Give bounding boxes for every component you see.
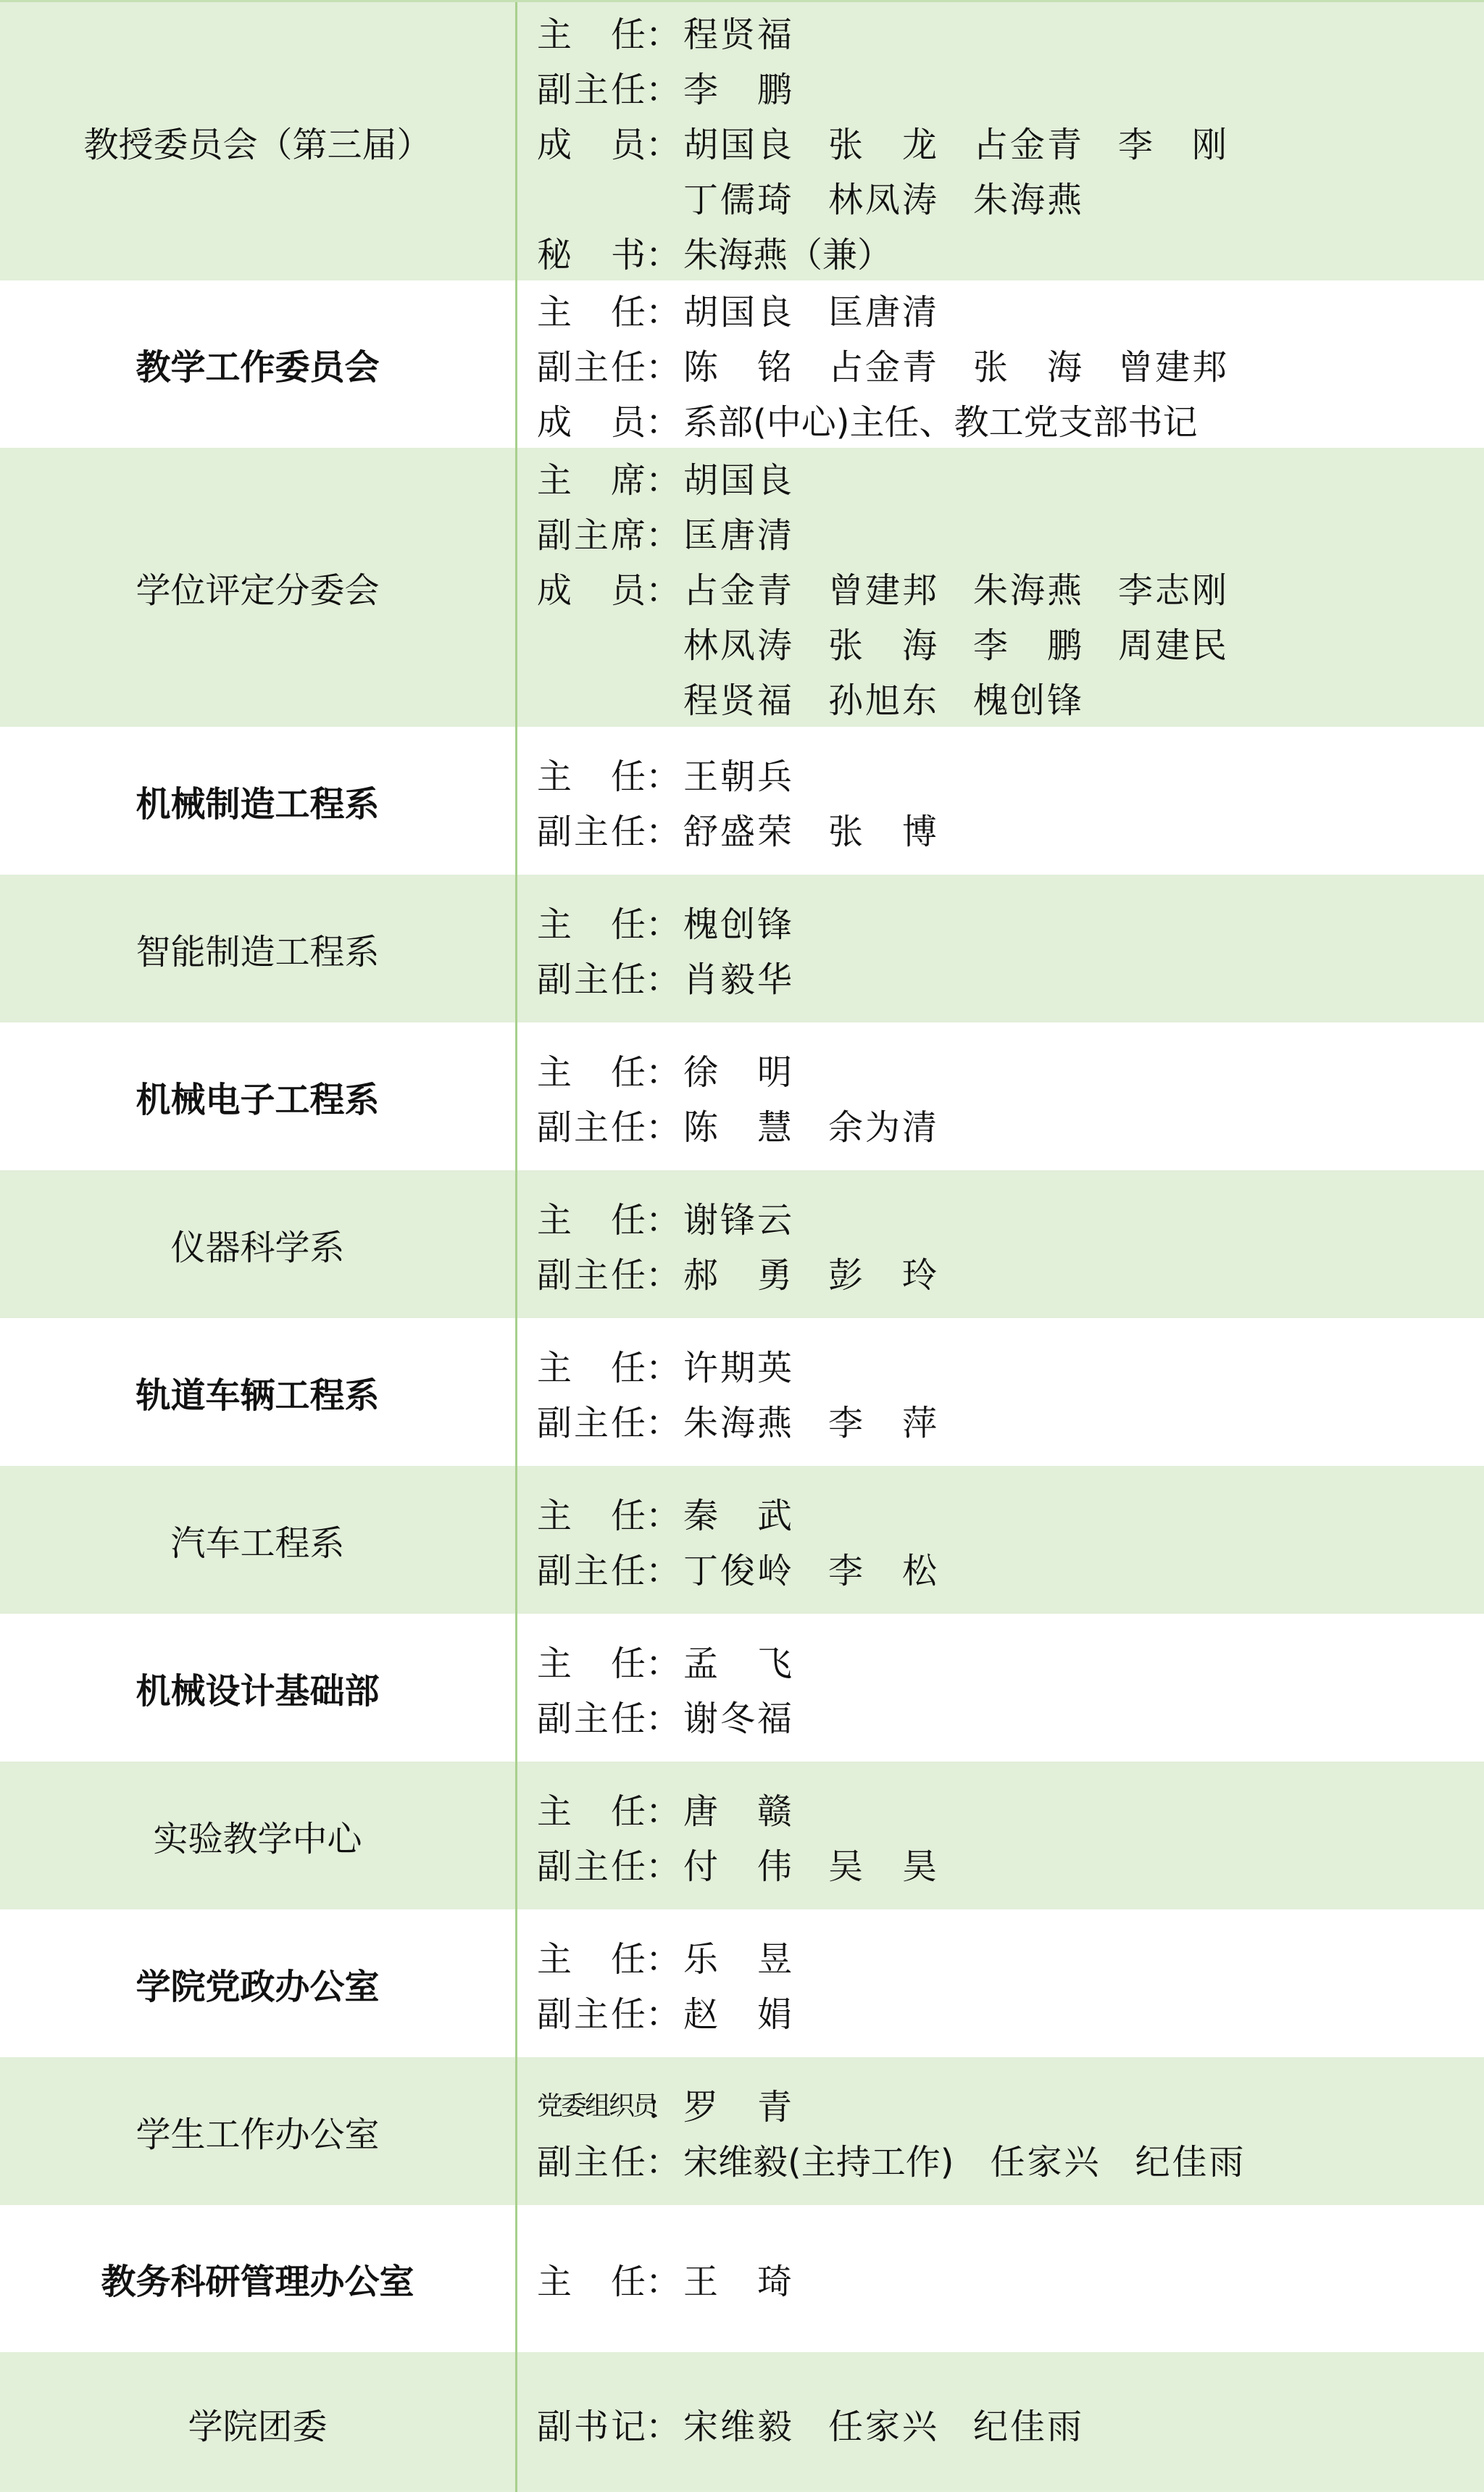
table-row: 仪器科学系主任：谢锋云副主任：郝 勇彭 玲: [0, 1170, 1484, 1318]
role-label: 主任: [537, 2254, 646, 2304]
person-name: 匡唐清: [828, 284, 937, 334]
person-name: 宋维毅(主持工作): [683, 2134, 954, 2184]
role-colon: ：: [646, 452, 683, 502]
table-row: 智能制造工程系主任：槐创锋副主任：肖毅华: [0, 875, 1484, 1022]
role-colon: ：: [646, 1340, 683, 1390]
person-name: 张 博: [828, 804, 937, 854]
member-line: 秘书：朱海燕（兼）: [537, 224, 1484, 279]
person-name: 孙旭东: [828, 672, 937, 722]
role-label: 成员: [537, 117, 646, 167]
members-cell: 主任：孟 飞副主任：谢冬福: [517, 1614, 1484, 1762]
members-cell: 党委组织员：罗 青副主任：宋维毅(主持工作)任家兴纪佳雨: [517, 2057, 1484, 2205]
members-cell: 主任：王朝兵副主任：舒盛荣张 博: [517, 727, 1484, 875]
unit-name: 仪器科学系: [0, 1170, 517, 1318]
names-list: 秦 武: [683, 1488, 828, 1538]
person-name: 朱海燕: [973, 172, 1082, 222]
member-line: 副主任：朱海燕李 萍: [537, 1392, 1484, 1447]
person-name: 张 海: [828, 617, 937, 667]
members-cell: 主任：程贤福副主任：李 鹏成员：胡国良张 龙占金青李 刚丁儒琦林凤涛朱海燕秘书：…: [517, 2, 1484, 280]
member-line: 党委组织员：罗 青: [537, 2076, 1484, 2131]
member-line: 主任：程贤福: [537, 4, 1484, 59]
person-name: 丁俊岭: [683, 1543, 792, 1593]
role-label: 主任: [537, 1635, 646, 1685]
member-line: 副主任：郝 勇彭 玲: [537, 1244, 1484, 1299]
names-list: 徐 明: [683, 1044, 828, 1094]
person-name: 谢冬福: [683, 1691, 792, 1741]
names-list: 付 伟吴 昊: [683, 1838, 973, 1888]
table-row: 教授委员会（第三届）主任：程贤福副主任：李 鹏成员：胡国良张 龙占金青李 刚丁儒…: [0, 2, 1484, 280]
names-list: 匡唐清: [683, 507, 828, 557]
table-row: 教学工作委员会主任：胡国良匡唐清副主任：陈 铭占金青张 海曾建邦成员：系部(中心…: [0, 280, 1484, 448]
role-colon: ：: [646, 394, 683, 444]
names-list: 胡国良: [683, 452, 828, 502]
person-name: 任家兴: [828, 2399, 937, 2449]
role-label: 副主任: [537, 1543, 646, 1593]
person-name: 系部(中心)主任、教工党支部书记: [683, 394, 1197, 444]
unit-name: 教务科研管理办公室: [0, 2205, 517, 2352]
names-list: 乐 昱: [683, 1931, 828, 1981]
role-label: 副主任: [537, 1691, 646, 1741]
role-colon: ：: [646, 1691, 683, 1741]
member-line: 成员：胡国良张 龙占金青李 刚: [537, 114, 1484, 169]
member-line: 主任：王朝兵: [537, 746, 1484, 801]
member-line: 林凤涛张 海李 鹏周建民: [537, 615, 1484, 670]
person-name: 朱海燕: [973, 562, 1082, 612]
person-name: 乐 昱: [683, 1931, 792, 1981]
names-list: 肖毅华: [683, 951, 828, 1001]
role-colon: ：: [646, 62, 683, 112]
organization-table: 教授委员会（第三届）主任：程贤福副主任：李 鹏成员：胡国良张 龙占金青李 刚丁儒…: [0, 0, 1484, 2492]
table-row: 机械设计基础部主任：孟 飞副主任：谢冬福: [0, 1614, 1484, 1762]
role-label: 副主任: [537, 339, 646, 389]
person-name: 曾建邦: [828, 562, 937, 612]
member-line: 副主任：肖毅华: [537, 949, 1484, 1004]
role-label: 主任: [537, 1931, 646, 1981]
member-line: 副主任：丁俊岭李 松: [537, 1540, 1484, 1595]
person-name: 槐创锋: [683, 896, 792, 946]
person-name: 王 琦: [683, 2254, 792, 2304]
role-label: 成员: [537, 394, 646, 444]
unit-name: 学生工作办公室: [0, 2057, 517, 2205]
unit-name: 学院党政办公室: [0, 1909, 517, 2057]
role-colon: ：: [646, 562, 683, 612]
person-name: 槐创锋: [973, 672, 1082, 722]
person-name: 许期英: [683, 1340, 792, 1390]
role-colon: ：: [646, 951, 683, 1001]
person-name: 李志刚: [1118, 562, 1227, 612]
member-line: 主任：孟 飞: [537, 1633, 1484, 1688]
member-line: 成员：系部(中心)主任、教工党支部书记: [537, 392, 1484, 447]
unit-name: 学院团委: [0, 2352, 517, 2492]
names-list: 孟 飞: [683, 1635, 828, 1685]
person-name: 李 松: [828, 1543, 937, 1593]
member-line: 程贤福孙旭东槐创锋: [537, 670, 1484, 725]
member-line: 主任：秦 武: [537, 1485, 1484, 1540]
members-cell: 主任：徐 明副主任：陈 慧余为清: [517, 1022, 1484, 1170]
names-list: 陈 铭占金青张 海曾建邦: [683, 339, 1263, 389]
person-name: 张 龙: [828, 117, 937, 167]
members-cell: 副书记：宋维毅任家兴纪佳雨: [517, 2352, 1484, 2492]
person-name: 宋维毅: [683, 2399, 792, 2449]
role-label: 副主任: [537, 1395, 646, 1445]
person-name: 王朝兵: [683, 749, 792, 799]
role-label: 主任: [537, 1783, 646, 1833]
member-line: 副主任：赵 娟: [537, 1983, 1484, 2038]
table-row: 汽车工程系主任：秦 武副主任：丁俊岭李 松: [0, 1466, 1484, 1614]
names-list: 陈 慧余为清: [683, 1099, 973, 1149]
person-name: 程贤福: [683, 7, 792, 57]
role-colon: ：: [646, 339, 683, 389]
role-colon: ：: [646, 1986, 683, 2036]
role-colon: ：: [646, 1783, 683, 1833]
members-cell: 主任：谢锋云副主任：郝 勇彭 玲: [517, 1170, 1484, 1318]
unit-name: 机械制造工程系: [0, 727, 517, 875]
names-list: 系部(中心)主任、教工党支部书记: [683, 394, 1233, 444]
role-label: 主任: [537, 1044, 646, 1094]
person-name: 朱海燕: [683, 1395, 792, 1445]
member-line: 成员：占金青曾建邦朱海燕李志刚: [537, 560, 1484, 615]
unit-name: 机械设计基础部: [0, 1614, 517, 1762]
role-colon: ：: [646, 1192, 683, 1242]
names-list: 胡国良张 龙占金青李 刚: [683, 117, 1263, 167]
names-list: 朱海燕李 萍: [683, 1395, 973, 1445]
role-label: 主任: [537, 896, 646, 946]
unit-name: 教学工作委员会: [0, 280, 517, 448]
person-name: 胡国良: [683, 452, 792, 502]
names-list: 程贤福孙旭东槐创锋: [683, 672, 1118, 722]
person-name: 谢锋云: [683, 1192, 792, 1242]
member-line: 副主席：匡唐清: [537, 505, 1484, 560]
person-name: 陈 慧: [683, 1099, 792, 1149]
person-name: 李 萍: [828, 1395, 937, 1445]
unit-name: 机械电子工程系: [0, 1022, 517, 1170]
role-colon: ：: [646, 284, 683, 334]
person-name: 李 刚: [1118, 117, 1227, 167]
role-colon: ：: [646, 804, 683, 854]
role-label: 副主席: [537, 507, 646, 557]
members-cell: 主任：王 琦: [517, 2205, 1484, 2352]
person-name: 程贤福: [683, 672, 792, 722]
person-name: 胡国良: [683, 284, 792, 334]
names-list: 丁儒琦林凤涛朱海燕: [683, 172, 1118, 222]
role-label: 主任: [537, 1488, 646, 1538]
member-line: 主任：许期英: [537, 1337, 1484, 1392]
person-name: 罗 青: [683, 2079, 792, 2129]
unit-name: 学位评定分委会: [0, 448, 517, 727]
names-list: 林凤涛张 海李 鹏周建民: [683, 617, 1263, 667]
person-name: 徐 明: [683, 1044, 792, 1094]
names-list: 罗 青: [683, 2079, 828, 2129]
role-colon: ：: [646, 1099, 683, 1149]
names-list: 槐创锋: [683, 896, 828, 946]
table-row: 学院团委副书记：宋维毅任家兴纪佳雨: [0, 2352, 1484, 2492]
person-name: 陈 铭: [683, 339, 792, 389]
members-cell: 主任：秦 武副主任：丁俊岭李 松: [517, 1466, 1484, 1614]
role-label: 党委组织员: [537, 2085, 646, 2122]
unit-name: 轨道车辆工程系: [0, 1318, 517, 1466]
person-name: 赵 娟: [683, 1986, 792, 2036]
names-list: 谢冬福: [683, 1691, 828, 1741]
member-line: 主任：槐创锋: [537, 893, 1484, 949]
person-name: 秦 武: [683, 1488, 792, 1538]
names-list: 胡国良匡唐清: [683, 284, 973, 334]
role-colon: ：: [646, 7, 683, 57]
member-line: 副主任：陈 慧余为清: [537, 1096, 1484, 1151]
names-list: 郝 勇彭 玲: [683, 1247, 973, 1297]
table-row: 实验教学中心主任：唐 赣副主任：付 伟吴 昊: [0, 1762, 1484, 1909]
names-list: 许期英: [683, 1340, 828, 1390]
role-label: 主席: [537, 452, 646, 502]
person-name: 任家兴: [990, 2134, 1099, 2184]
members-cell: 主任：唐 赣副主任：付 伟吴 昊: [517, 1762, 1484, 1909]
member-line: 主任：乐 昱: [537, 1928, 1484, 1983]
role-label: 主任: [537, 7, 646, 57]
person-name: 纪佳雨: [1135, 2134, 1243, 2184]
person-name: 肖毅华: [683, 951, 792, 1001]
role-label: 副书记: [537, 2399, 646, 2449]
person-name: 彭 玲: [828, 1247, 937, 1297]
person-name: 匡唐清: [683, 507, 792, 557]
person-name: 胡国良: [683, 117, 792, 167]
names-list: 唐 赣: [683, 1783, 828, 1833]
members-cell: 主任：胡国良匡唐清副主任：陈 铭占金青张 海曾建邦成员：系部(中心)主任、教工党…: [517, 280, 1484, 448]
role-colon: ：: [646, 2399, 683, 2449]
table-row: 学位评定分委会主席：胡国良副主席：匡唐清成员：占金青曾建邦朱海燕李志刚林凤涛张 …: [0, 448, 1484, 727]
member-line: 副主任：陈 铭占金青张 海曾建邦: [537, 337, 1484, 392]
names-list: 丁俊岭李 松: [683, 1543, 973, 1593]
member-line: 主任：王 琦: [537, 2251, 1484, 2306]
person-name: 占金青: [828, 339, 937, 389]
role-label: 副主任: [537, 1247, 646, 1297]
person-name: 纪佳雨: [973, 2399, 1082, 2449]
names-list: 程贤福: [683, 7, 828, 57]
member-line: 副主任：李 鹏: [537, 59, 1484, 114]
table-row: 教务科研管理办公室主任：王 琦: [0, 2205, 1484, 2352]
members-cell: 主任：许期英副主任：朱海燕李 萍: [517, 1318, 1484, 1466]
role-colon: ：: [646, 749, 683, 799]
person-name: 余为清: [828, 1099, 937, 1149]
table-row: 机械电子工程系主任：徐 明副主任：陈 慧余为清: [0, 1022, 1484, 1170]
names-list: 宋维毅任家兴纪佳雨: [683, 2399, 1118, 2449]
role-label: 副主任: [537, 1099, 646, 1149]
unit-name: 智能制造工程系: [0, 875, 517, 1022]
names-list: 占金青曾建邦朱海燕李志刚: [683, 562, 1263, 612]
member-line: 副主任：宋维毅(主持工作)任家兴纪佳雨: [537, 2131, 1484, 2186]
unit-name: 教授委员会（第三届）: [0, 2, 517, 280]
role-colon: ：: [646, 1838, 683, 1888]
person-name: 李 鹏: [973, 617, 1082, 667]
role-label: 主任: [537, 1192, 646, 1242]
role-colon: ：: [646, 1044, 683, 1094]
member-line: 副主任：付 伟吴 昊: [537, 1835, 1484, 1891]
role-colon: ：: [646, 1635, 683, 1685]
role-label: 副主任: [537, 62, 646, 112]
person-name: 周建民: [1118, 617, 1227, 667]
table-row: 轨道车辆工程系主任：许期英副主任：朱海燕李 萍: [0, 1318, 1484, 1466]
role-label: 主任: [537, 749, 646, 799]
members-cell: 主任：乐 昱副主任：赵 娟: [517, 1909, 1484, 2057]
role-colon: ：: [646, 896, 683, 946]
names-list: 舒盛荣张 博: [683, 804, 973, 854]
table-row: 学院党政办公室主任：乐 昱副主任：赵 娟: [0, 1909, 1484, 2057]
member-line: 丁儒琦林凤涛朱海燕: [537, 169, 1484, 224]
names-list: 宋维毅(主持工作)任家兴纪佳雨: [683, 2134, 1280, 2184]
names-list: 谢锋云: [683, 1192, 828, 1242]
person-name: 唐 赣: [683, 1783, 792, 1833]
role-label: 副主任: [537, 951, 646, 1001]
role-colon: ：: [646, 507, 683, 557]
role-label: 主任: [537, 1340, 646, 1390]
role-colon: ：: [646, 1395, 683, 1445]
role-label: 秘书: [537, 227, 646, 277]
unit-name: 实验教学中心: [0, 1762, 517, 1909]
role-label: 副主任: [537, 1838, 646, 1888]
person-name: 林凤涛: [683, 617, 792, 667]
unit-name: 汽车工程系: [0, 1466, 517, 1614]
role-label: 副主任: [537, 2134, 646, 2184]
names-list: 李 鹏: [683, 62, 828, 112]
member-line: 副主任：舒盛荣张 博: [537, 801, 1484, 856]
table-row: 机械制造工程系主任：王朝兵副主任：舒盛荣张 博: [0, 727, 1484, 875]
member-line: 主任：胡国良匡唐清: [537, 282, 1484, 337]
role-colon: ：: [646, 1247, 683, 1297]
person-name: 舒盛荣: [683, 804, 792, 854]
role-colon: ：: [646, 2254, 683, 2304]
role-colon: ：: [646, 117, 683, 167]
member-line: 主任：徐 明: [537, 1041, 1484, 1096]
role-label: 副主任: [537, 804, 646, 854]
role-colon: ：: [646, 227, 683, 277]
role-label: 副主任: [537, 1986, 646, 2036]
role-colon: ：: [646, 1543, 683, 1593]
person-name: 付 伟: [683, 1838, 792, 1888]
names-list: 赵 娟: [683, 1986, 828, 2036]
table-row: 学生工作办公室党委组织员：罗 青副主任：宋维毅(主持工作)任家兴纪佳雨: [0, 2057, 1484, 2205]
person-name: 丁儒琦: [683, 172, 792, 222]
member-line: 副书记：宋维毅任家兴纪佳雨: [537, 2396, 1484, 2451]
role-label: 主任: [537, 284, 646, 334]
person-name: 曾建邦: [1118, 339, 1227, 389]
person-name: 吴 昊: [828, 1838, 937, 1888]
role-colon: ：: [646, 2134, 683, 2184]
member-line: 主席：胡国良: [537, 450, 1484, 505]
member-line: 副主任：谢冬福: [537, 1688, 1484, 1743]
person-name: 郝 勇: [683, 1247, 792, 1297]
role-label: 成员: [537, 562, 646, 612]
person-name: 林凤涛: [828, 172, 937, 222]
members-cell: 主席：胡国良副主席：匡唐清成员：占金青曾建邦朱海燕李志刚林凤涛张 海李 鹏周建民…: [517, 448, 1484, 727]
person-name: 李 鹏: [683, 62, 792, 112]
role-colon: ：: [646, 1488, 683, 1538]
person-name: 占金青: [973, 117, 1082, 167]
person-name: 张 海: [973, 339, 1082, 389]
person-name: 孟 飞: [683, 1635, 792, 1685]
person-name: 占金青: [683, 562, 792, 612]
person-name: 朱海燕（兼）: [683, 227, 892, 277]
names-list: 王 琦: [683, 2254, 828, 2304]
members-cell: 主任：槐创锋副主任：肖毅华: [517, 875, 1484, 1022]
names-list: 朱海燕（兼）: [683, 227, 928, 277]
names-list: 王朝兵: [683, 749, 828, 799]
role-colon: ：: [646, 1931, 683, 1981]
member-line: 主任：谢锋云: [537, 1189, 1484, 1244]
role-colon: ：: [646, 2079, 683, 2129]
member-line: 主任：唐 赣: [537, 1780, 1484, 1835]
